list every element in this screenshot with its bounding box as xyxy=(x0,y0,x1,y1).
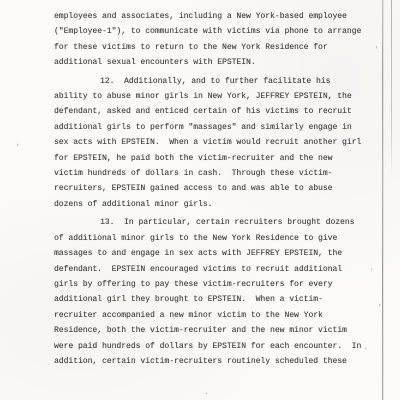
ink-speck: ' xyxy=(374,46,379,55)
text-line: recruiters, EPSTEIN gained access to and… xyxy=(54,181,361,196)
text-line: sex acts with EPSTEIN. When a victim wou… xyxy=(54,135,361,150)
scan-line-vertical-secondary xyxy=(391,0,392,178)
text-line: additional girls to perform "massages" a… xyxy=(54,120,361,135)
ink-speck: . xyxy=(369,264,374,273)
text-line: ability to abuse minor girls in New York… xyxy=(54,89,361,104)
text-line: victim hundreds of dollars in cash. Thro… xyxy=(54,166,361,181)
text-line: additional sexual encounters with EPSTEI… xyxy=(54,55,361,70)
ink-speck: , xyxy=(378,299,383,308)
text-line: recruiter accompanied a new minor victim… xyxy=(54,308,361,323)
text-line: girls by offering to pay these victim-re… xyxy=(54,277,361,292)
scanned-document-page: employees and associates, including a Ne… xyxy=(0,0,400,400)
text-line: for EPSTEIN, he paid both the victim-rec… xyxy=(54,151,361,166)
scan-line-vertical-main xyxy=(382,0,383,400)
text-line: massages to and engage in sex acts with … xyxy=(54,246,361,261)
text-line: additional girl they brought to EPSTEIN.… xyxy=(54,292,361,307)
text-line: Residence, both the victim-recruiter and… xyxy=(54,323,361,338)
text-line: of additional minor girls to the New Yor… xyxy=(54,231,361,246)
text-line: addition, certain victim-recruiters rout… xyxy=(54,354,361,369)
document-text-block: employees and associates, including a Ne… xyxy=(54,9,361,369)
ink-speck: , xyxy=(16,139,21,148)
text-line: for these victims to return to the New Y… xyxy=(54,40,361,55)
text-line: defendant, asked and enticed certain of … xyxy=(54,104,361,119)
text-line: were paid hundreds of dollars by EPSTEIN… xyxy=(54,339,361,354)
ink-speck: . xyxy=(363,343,368,352)
text-line: dozens of additional minor girls. xyxy=(54,197,361,212)
text-line: 13. In particular, certain recruiters br… xyxy=(54,215,361,230)
text-line: employees and associates, including a Ne… xyxy=(54,9,361,24)
ink-speck: . xyxy=(204,388,209,397)
text-line: 12. Additionally, and to further facilit… xyxy=(54,74,361,89)
text-line: defendant. EPSTEIN encouraged victims to… xyxy=(54,262,361,277)
text-line: ("Employee-1"), to communicate with vict… xyxy=(54,24,361,39)
